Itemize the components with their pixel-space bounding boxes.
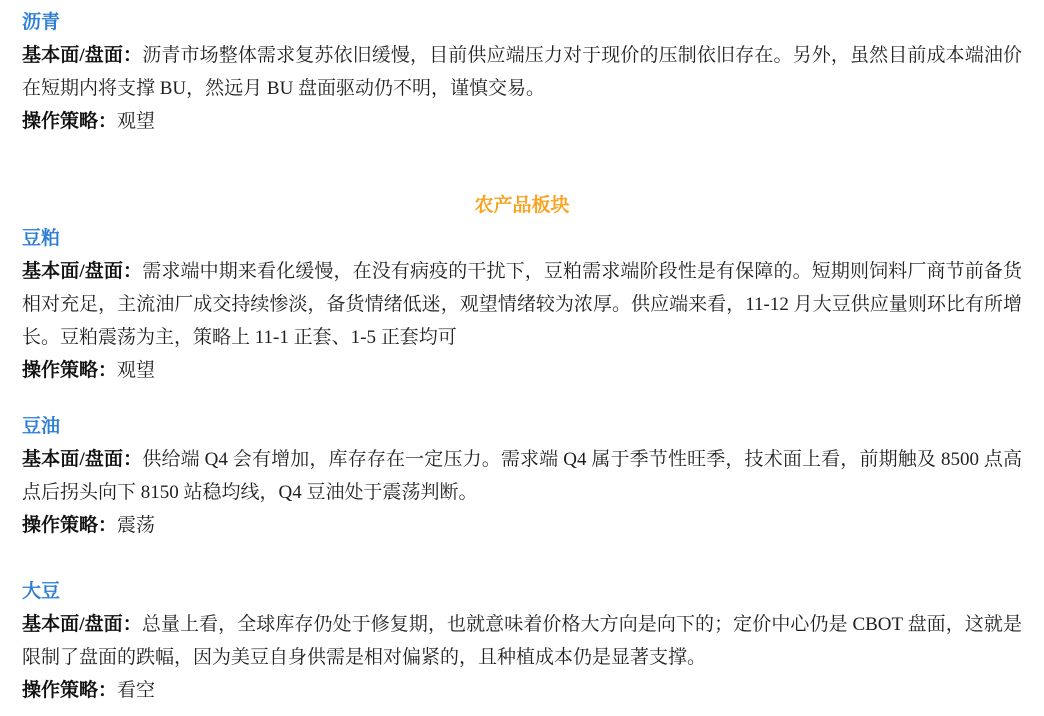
strategy-value: 看空	[117, 680, 155, 701]
strategy-value: 观望	[117, 360, 155, 381]
strategy-paragraph: 操作策略：看空	[22, 674, 1022, 707]
commodity-title-asphalt: 沥青	[22, 6, 1022, 39]
fundamental-paragraph: 基本面/盘面：沥青市场整体需求复苏依旧缓慢，目前供应端压力对于现价的压制依旧存在…	[22, 39, 1022, 105]
strategy-label: 操作策略：	[22, 111, 117, 132]
research-report-page: 沥青 基本面/盘面：沥青市场整体需求复苏依旧缓慢，目前供应端压力对于现价的压制依…	[0, 0, 1044, 716]
commodity-title-soybean: 大豆	[22, 575, 1022, 608]
strategy-label: 操作策略：	[22, 680, 117, 701]
section-soymeal: 豆粕 基本面/盘面：需求端中期来看化缓慢，在没有病疫的干扰下，豆粕需求端阶段性是…	[22, 222, 1022, 387]
strategy-label: 操作策略：	[22, 360, 117, 381]
fundamental-label: 基本面/盘面：	[22, 449, 142, 470]
fundamental-label: 基本面/盘面：	[22, 261, 142, 282]
fundamental-paragraph: 基本面/盘面：需求端中期来看化缓慢，在没有病疫的干扰下，豆粕需求端阶段性是有保障…	[22, 255, 1022, 354]
fundamental-text: 沥青市场整体需求复苏依旧缓慢，目前供应端压力对于现价的压制依旧存在。另外，虽然目…	[22, 45, 1022, 99]
section-soybean: 大豆 基本面/盘面：总量上看，全球库存仍处于修复期，也就意味着价格大方向是向下的…	[22, 575, 1022, 707]
fundamental-paragraph: 基本面/盘面：总量上看，全球库存仍处于修复期，也就意味着价格大方向是向下的；定价…	[22, 608, 1022, 674]
fundamental-text: 供给端 Q4 会有增加，库存存在一定压力。需求端 Q4 属于季节性旺季，技术面上…	[22, 449, 1022, 503]
strategy-value: 观望	[117, 111, 155, 132]
strategy-label: 操作策略：	[22, 515, 117, 536]
strategy-paragraph: 操作策略：观望	[22, 354, 1022, 387]
fundamental-paragraph: 基本面/盘面：供给端 Q4 会有增加，库存存在一定压力。需求端 Q4 属于季节性…	[22, 443, 1022, 509]
commodity-title-soyoil: 豆油	[22, 410, 1022, 443]
fundamental-text: 需求端中期来看化缓慢，在没有病疫的干扰下，豆粕需求端阶段性是有保障的。短期则饲料…	[22, 261, 1022, 348]
strategy-paragraph: 操作策略：观望	[22, 105, 1022, 138]
strategy-paragraph: 操作策略：震荡	[22, 509, 1022, 542]
section-soyoil: 豆油 基本面/盘面：供给端 Q4 会有增加，库存存在一定压力。需求端 Q4 属于…	[22, 410, 1022, 542]
commodity-title-soymeal: 豆粕	[22, 222, 1022, 255]
section-asphalt: 沥青 基本面/盘面：沥青市场整体需求复苏依旧缓慢，目前供应端压力对于现价的压制依…	[22, 6, 1022, 138]
fundamental-label: 基本面/盘面：	[22, 614, 142, 635]
fundamental-text: 总量上看，全球库存仍处于修复期，也就意味着价格大方向是向下的；定价中心仍是 CB…	[22, 614, 1022, 668]
strategy-value: 震荡	[117, 515, 155, 536]
section-divider-agricultural: 农产品板块	[22, 189, 1022, 222]
fundamental-label: 基本面/盘面：	[22, 45, 142, 66]
